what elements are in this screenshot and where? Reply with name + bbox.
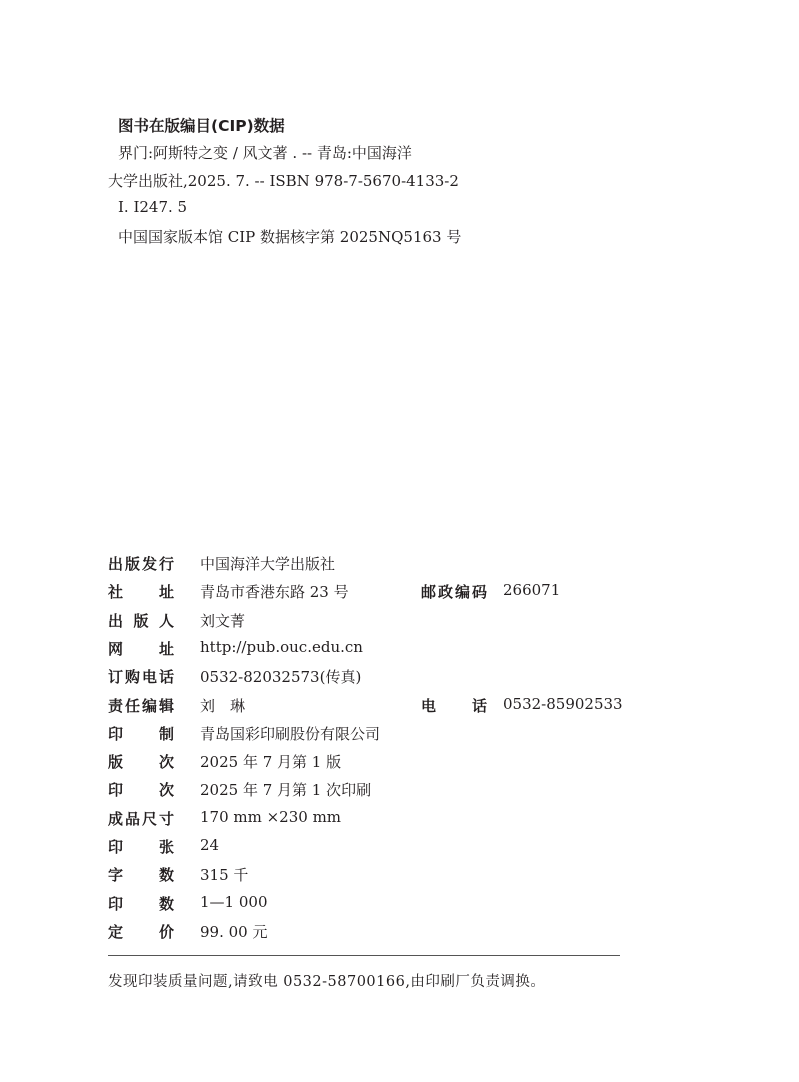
- info-label-secondary: 电话: [421, 695, 487, 716]
- info-value-secondary: 266071: [503, 581, 560, 599]
- label-char: 编: [142, 695, 157, 716]
- info-label: 网址: [108, 638, 174, 659]
- info-value-secondary: 0532-85902533: [503, 695, 623, 713]
- info-row: 责任编辑刘 琳电话0532-85902533: [108, 695, 623, 717]
- label-char: 印: [108, 723, 123, 744]
- info-value: 青岛市香港东路 23 号: [200, 581, 349, 602]
- info-label: 订购电话: [108, 666, 174, 687]
- cip-line-3: Ⅰ. I247. 5: [118, 198, 187, 216]
- info-label: 出版人: [108, 610, 174, 631]
- label-char: 成: [108, 808, 123, 829]
- info-row: 出版发行中国海洋大学出版社: [108, 553, 623, 575]
- label-char: 价: [159, 921, 174, 942]
- label-char: 址: [159, 638, 174, 659]
- label-char: 数: [159, 864, 174, 885]
- info-value: http://pub.ouc.edu.cn: [200, 638, 363, 656]
- info-label: 版次: [108, 751, 174, 772]
- label-char: 订: [108, 666, 123, 687]
- label-char: 定: [108, 921, 123, 942]
- cip-line-2: 大学出版社,2025. 7. -- ISBN 978-7-5670-4133-2: [108, 170, 459, 191]
- label-char: 版: [108, 751, 123, 772]
- info-value: 中国海洋大学出版社: [200, 553, 335, 574]
- info-label: 社址: [108, 581, 174, 602]
- info-row: 社址青岛市香港东路 23 号邮政编码266071: [108, 581, 623, 603]
- info-value: 2025 年 7 月第 1 次印刷: [200, 779, 371, 800]
- label-char: 址: [159, 581, 174, 602]
- info-value: 24: [200, 836, 219, 854]
- label-char: 话: [159, 666, 174, 687]
- label-char: 出: [108, 610, 123, 631]
- cip-title: 图书在版编目(CIP)数据: [118, 114, 285, 136]
- info-row: 成品尺寸170 mm ×230 mm: [108, 808, 623, 830]
- info-label: 定价: [108, 921, 174, 942]
- label-char: 品: [125, 808, 140, 829]
- label-char: 话: [472, 695, 487, 716]
- info-label: 印次: [108, 779, 174, 800]
- label-char: 次: [159, 779, 174, 800]
- info-row: 版次2025 年 7 月第 1 版: [108, 751, 623, 773]
- label-char: 次: [159, 751, 174, 772]
- info-label: 成品尺寸: [108, 808, 174, 829]
- info-label: 责任编辑: [108, 695, 174, 716]
- info-value: 1—1 000: [200, 893, 268, 911]
- info-label: 印数: [108, 893, 174, 914]
- info-row: 订购电话0532-82032573(传真): [108, 666, 623, 688]
- quality-notice: 发现印装质量问题,请致电 0532-58700166,由印刷厂负责调换。: [108, 970, 545, 991]
- info-label: 印制: [108, 723, 174, 744]
- info-label: 出版发行: [108, 553, 174, 574]
- info-label: 字数: [108, 864, 174, 885]
- label-char: 电: [421, 695, 436, 716]
- label-char: 邮: [421, 581, 436, 602]
- info-row: 出版人刘文菁: [108, 610, 623, 632]
- info-label: 印张: [108, 836, 174, 857]
- info-row: 印张24: [108, 836, 623, 858]
- info-label-secondary: 邮政编码: [421, 581, 487, 602]
- label-char: 尺: [142, 808, 157, 829]
- label-char: 版: [125, 553, 140, 574]
- info-row: 印次2025 年 7 月第 1 次印刷: [108, 779, 623, 801]
- label-char: 网: [108, 638, 123, 659]
- label-char: 发: [142, 553, 157, 574]
- label-char: 制: [159, 723, 174, 744]
- label-char: 辑: [159, 695, 174, 716]
- info-value: 170 mm ×230 mm: [200, 808, 341, 826]
- info-value: 刘文菁: [200, 610, 245, 631]
- info-row: 印数1—1 000: [108, 893, 623, 915]
- label-char: 张: [159, 836, 174, 857]
- cip-line-1: 界门:阿斯特之变 / 风文著 . -- 青岛:中国海洋: [118, 142, 412, 163]
- label-char: 印: [108, 836, 123, 857]
- info-row: 印制青岛国彩印刷股份有限公司: [108, 723, 623, 745]
- label-char: 数: [159, 893, 174, 914]
- info-value: 2025 年 7 月第 1 版: [200, 751, 341, 772]
- label-char: 编: [455, 581, 470, 602]
- label-char: 政: [438, 581, 453, 602]
- label-char: 寸: [159, 808, 174, 829]
- cip-line-4: 中国国家版本馆 CIP 数据核字第 2025NQ5163 号: [118, 226, 461, 247]
- label-char: 出: [108, 553, 123, 574]
- label-char: 电: [142, 666, 157, 687]
- label-char: 印: [108, 779, 123, 800]
- info-row: 网址http://pub.ouc.edu.cn: [108, 638, 623, 660]
- label-char: 任: [125, 695, 140, 716]
- label-char: 责: [108, 695, 123, 716]
- info-row: 定价99. 00 元: [108, 921, 623, 943]
- label-char: 字: [108, 864, 123, 885]
- label-char: 码: [472, 581, 487, 602]
- label-char: 人: [159, 610, 174, 631]
- info-value: 0532-82032573(传真): [200, 666, 361, 687]
- info-value: 刘 琳: [200, 695, 245, 716]
- divider: [108, 955, 620, 956]
- label-char: 购: [125, 666, 140, 687]
- info-value: 青岛国彩印刷股份有限公司: [200, 723, 380, 744]
- info-row: 字数315 千: [108, 864, 623, 886]
- label-char: 版: [133, 610, 148, 631]
- label-char: 行: [159, 553, 174, 574]
- info-value: 99. 00 元: [200, 921, 267, 942]
- info-value: 315 千: [200, 864, 248, 885]
- label-char: 印: [108, 893, 123, 914]
- label-char: 社: [108, 581, 123, 602]
